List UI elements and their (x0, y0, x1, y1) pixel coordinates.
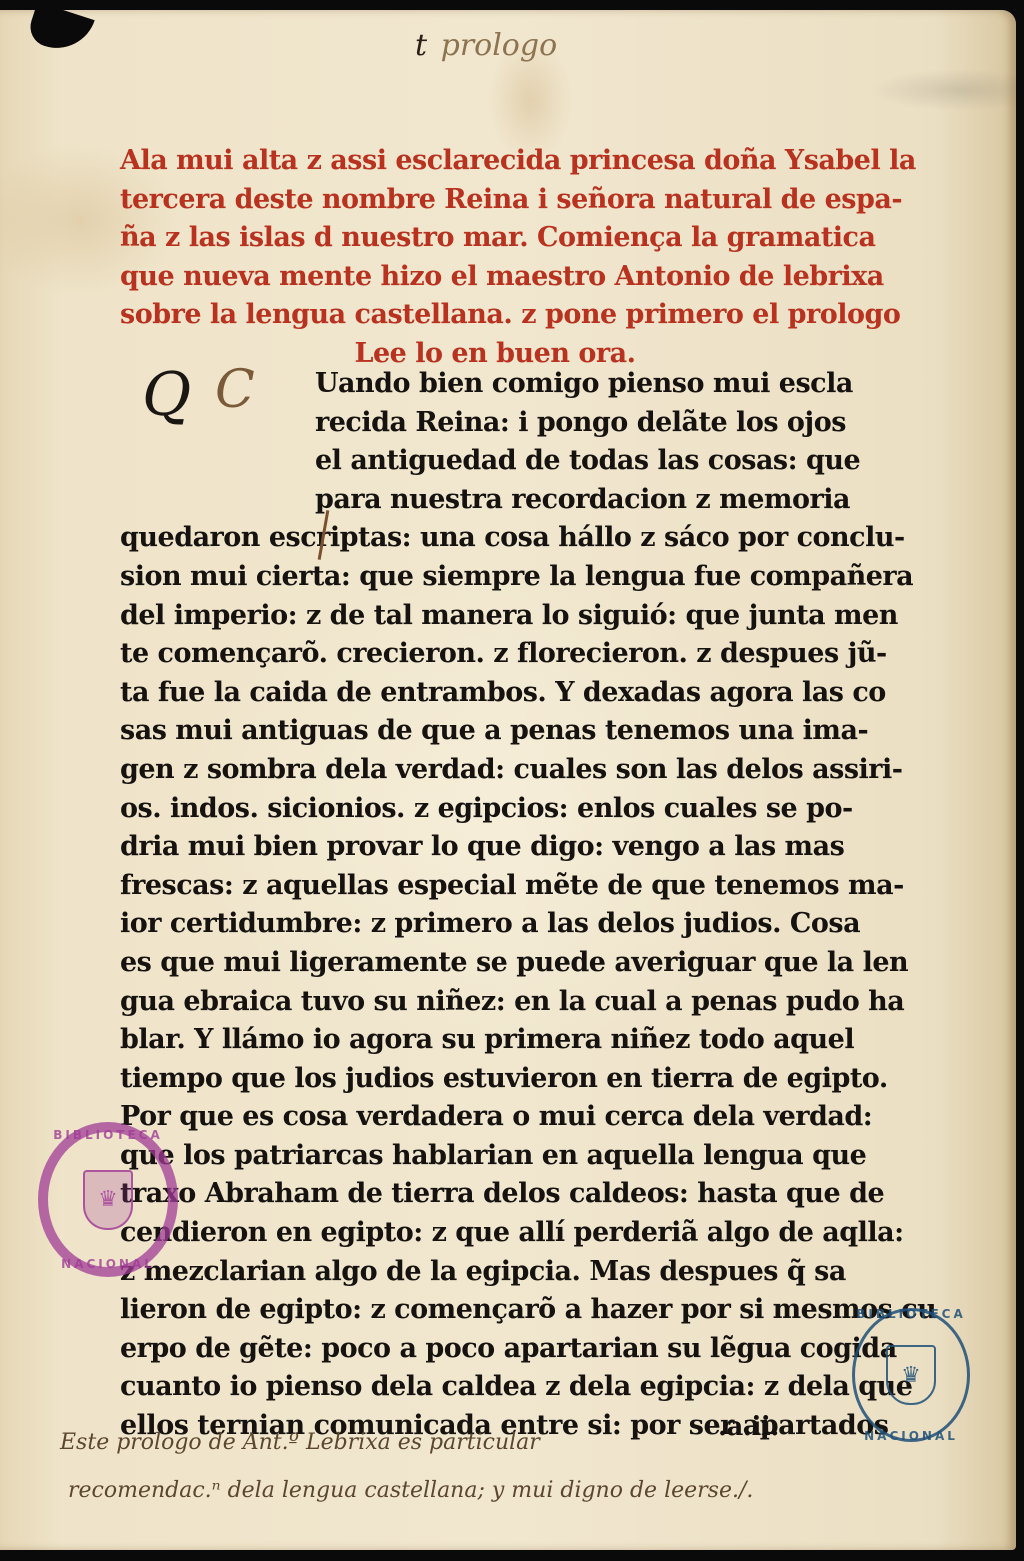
text-line: Por que es cosa verdadera o mui cerca de… (120, 1098, 840, 1137)
text-line: gua ebraica tuvo su niñez: en la cual a … (120, 983, 840, 1022)
handwritten-header: t prologo (415, 28, 557, 63)
text-line: ta fue la caida de entrambos. Y dexadas … (120, 674, 840, 713)
text-line: te començarõ. crecieron. z florecieron. … (120, 635, 840, 674)
library-stamp-purple: BIBLIOTECA ♛ NACIONAL (38, 1122, 178, 1277)
stamp-bottom-text: NACIONAL (48, 1257, 168, 1271)
rubric-line: ña z las islas d nuestro mar. Comiença l… (120, 219, 840, 258)
text-line: el antiguedad de todas las cosas: que (120, 442, 840, 481)
text-line: gen z sombra dela verdad: cuales son las… (120, 751, 840, 790)
text-line: sas mui antiguas de que a penas tenemos … (120, 712, 840, 751)
text-line: ior certidumbre: z primero a las delos j… (120, 905, 840, 944)
handwritten-mark: t (415, 28, 427, 63)
text-line: para nuestra recordacion z memoria (120, 481, 840, 520)
text-line: dria mui bien provar lo que digo: vengo … (120, 828, 840, 867)
text-line: Uando bien comigo pienso mui escla (120, 365, 840, 404)
stamp-bottom-text: NACIONAL (855, 1429, 967, 1443)
torn-corner (25, 2, 94, 59)
signature-mark: .a.ii. (718, 1412, 779, 1442)
body-text: Uando bien comigo pienso mui escla recid… (120, 365, 840, 1446)
text-line: blar. Y llámo io agora su primera niñez … (120, 1021, 840, 1060)
text-line: recida Reina: i pongo delãte los ojos (120, 404, 840, 443)
rubric-title: Ala mui alta z assi esclarecida princesa… (120, 142, 840, 373)
text-line: cendieron en egipto: z que allí perderiã… (120, 1214, 840, 1253)
text-line: lieron de egipto: z començarõ a hazer po… (120, 1291, 840, 1330)
text-line: sion mui cierta: que siempre la lengua f… (120, 558, 840, 597)
handwritten-note-line-1: Este prologo de Ant.º Lebrixa es particu… (60, 1430, 540, 1455)
rubric-line: Ala mui alta z assi esclarecida princesa… (120, 142, 840, 181)
rubric-line: tercera deste nombre Reina i señora natu… (120, 181, 840, 220)
stamp-top-text: BIBLIOTECA (855, 1307, 967, 1321)
book-page: t prologo Ala mui alta z assi esclarecid… (0, 10, 1016, 1550)
rubric-line: que nueva mente hizo el maestro Antonio … (120, 258, 840, 297)
text-line: que los patriarcas hablarian en aquella … (120, 1137, 840, 1176)
text-line: os. indos. sicionios. z egipcios: enlos … (120, 790, 840, 829)
library-stamp-blue: BIBLIOTECA ♛ NACIONAL (852, 1308, 970, 1442)
text-line: traxo Abraham de tierra delos caldeos: h… (120, 1175, 840, 1214)
handwritten-note-line-2: recomendac.ⁿ dela lengua castellana; y m… (68, 1478, 753, 1503)
handwritten-header-text: prologo (441, 28, 558, 63)
text-line: erpo de gẽte: poco a poco apartarian su … (120, 1330, 840, 1369)
text-line: es que mui ligeramente se puede averigua… (120, 944, 840, 983)
text-line: tiempo que los judios estuvieron en tier… (120, 1060, 840, 1099)
text-line: del imperio: z de tal manera lo siguió: … (120, 597, 840, 636)
text-line: quedaron escriptas: una cosa hállo z sác… (120, 519, 840, 558)
stamp-top-text: BIBLIOTECA (48, 1128, 168, 1142)
text-line: frescas: z aquellas especial mẽte de que… (120, 867, 840, 906)
text-line: cuanto io pienso dela caldea z dela egip… (120, 1368, 840, 1407)
rubric-line: sobre la lengua castellana. z pone prime… (120, 296, 840, 335)
coat-of-arms-icon: ♛ (83, 1170, 133, 1230)
coat-of-arms-icon: ♛ (886, 1345, 936, 1405)
text-line: z mezclarian algo de la egipcia. Mas des… (120, 1253, 840, 1292)
